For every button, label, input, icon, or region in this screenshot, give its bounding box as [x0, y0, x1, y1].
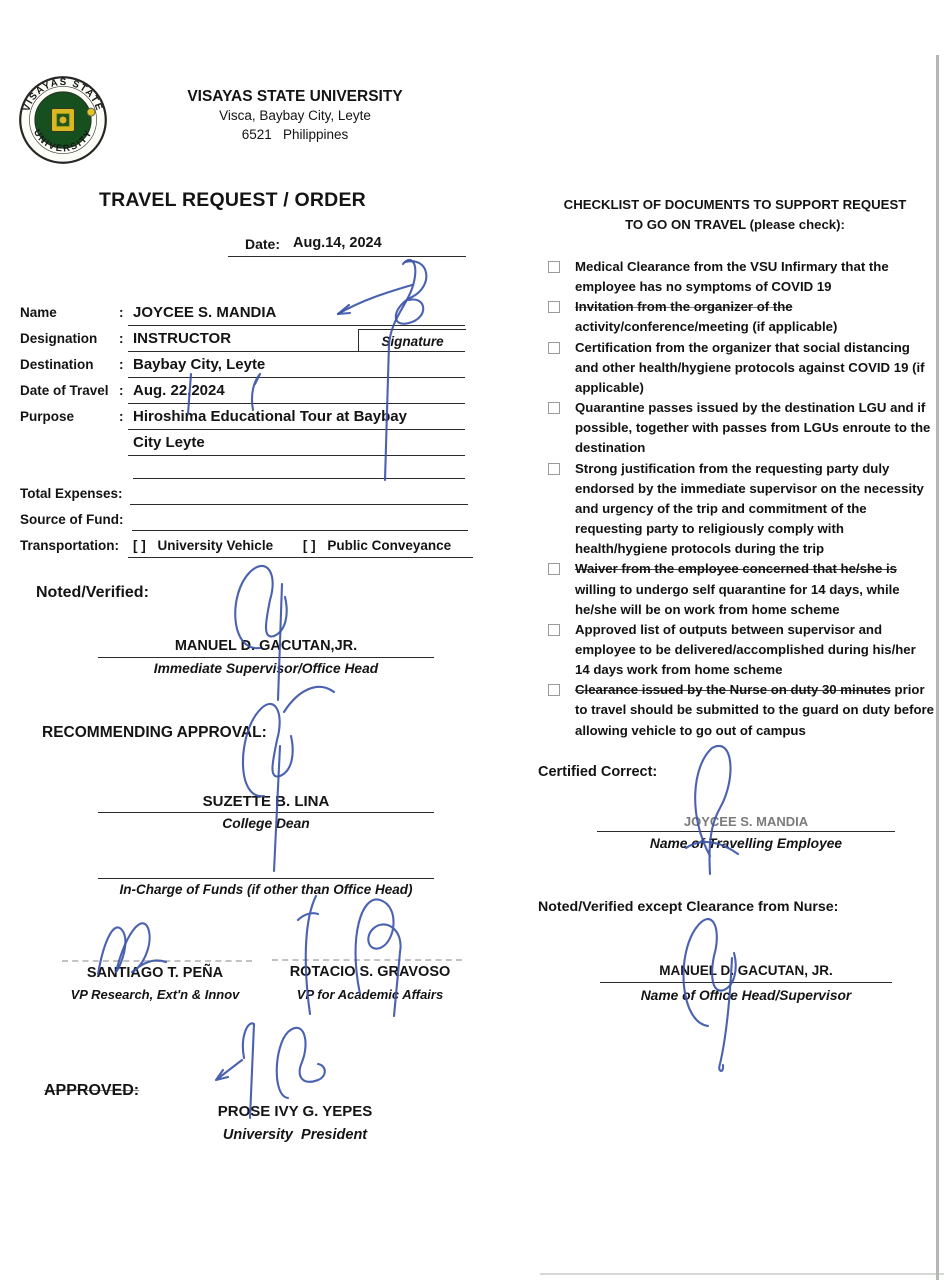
checklist-title-line1: CHECKLIST OF DOCUMENTS TO SUPPORT REQUES…: [535, 195, 935, 215]
travel-request-document: VISAYAS STATE UNIVERSITY VISAYAS STATE U…: [0, 0, 944, 1280]
transportation-label: Transportation:: [20, 538, 119, 553]
destination-label: Destination: [20, 357, 94, 372]
designation-label: Designation: [20, 331, 97, 346]
signature-dean: [222, 676, 342, 876]
vp1-title: VP Research, Ext'n & Innov: [40, 987, 270, 1002]
university-seal-graphic: VISAYAS STATE UNIVERSITY: [17, 74, 109, 166]
signature-certified-correct: [676, 738, 761, 878]
checkbox-icon: [548, 463, 560, 475]
source-of-fund-underline: [132, 530, 468, 531]
letterhead: VISAYAS STATE UNIVERSITY Visca, Baybay C…: [150, 88, 440, 142]
checklist-item-struck: Waiver from the employee concerned that …: [575, 561, 897, 576]
checklist-item-text: Quarantine passes issued by the destinat…: [575, 400, 930, 455]
university-vehicle-label: University Vehicle: [158, 538, 274, 553]
checklist-item: Clearance issued by the Nurse on duty 30…: [548, 680, 934, 740]
total-expenses-label: Total Expenses:: [20, 486, 123, 501]
checkbox-icon: [548, 261, 560, 273]
checkbox-icon: [548, 342, 560, 354]
checklist-title-line2: TO GO ON TRAVEL (please check):: [535, 215, 935, 235]
purpose-value-line2: City Leyte: [133, 434, 205, 451]
designation-value: INSTRUCTOR: [133, 330, 231, 347]
signature-president: [208, 1008, 343, 1123]
checklist-item-text: Strong justification from the requesting…: [575, 461, 924, 557]
signature-employee-top: [330, 252, 470, 487]
checklist-item-text: Certification from the organizer that so…: [575, 340, 925, 395]
checklist-item: Approved list of outputs between supervi…: [548, 620, 934, 680]
name-value: JOYCEE S. MANDIA: [133, 304, 276, 321]
signature-mark-travel-date: [180, 368, 275, 420]
travel-date-colon: :: [119, 383, 124, 398]
designation-colon: :: [119, 331, 124, 346]
public-conveyance-checkbox: [ ]: [303, 538, 316, 553]
signature-noted-except: [660, 898, 765, 1073]
checklist-item: Certification from the organizer that so…: [548, 338, 934, 398]
approved-label: APPROVED:: [44, 1082, 139, 1100]
scan-edge-line: [936, 55, 939, 1280]
public-conveyance-label: Public Conveyance: [327, 538, 451, 553]
date-label: Date:: [245, 236, 280, 252]
checklist-item: Waiver from the employee concerned that …: [548, 559, 934, 619]
checklist-item-struck: Clearance issued by the Nurse on duty 30…: [575, 682, 891, 697]
certified-correct-label: Certified Correct:: [538, 764, 657, 780]
purpose-label: Purpose: [20, 409, 74, 424]
checklist-title: CHECKLIST OF DOCUMENTS TO SUPPORT REQUES…: [535, 195, 935, 235]
university-seal: VISAYAS STATE UNIVERSITY: [17, 74, 109, 166]
destination-colon: :: [119, 357, 124, 372]
travel-date-label: Date of Travel: [20, 383, 109, 398]
name-label: Name: [20, 305, 57, 320]
checklist-item-struck: Invitation from the organizer of the: [575, 299, 793, 314]
signature-vp1: [92, 912, 177, 984]
checklist-item-text: willing to undergo self quarantine for 1…: [575, 582, 900, 617]
checklist-item: Medical Clearance from the VSU Infirmary…: [548, 257, 934, 297]
checkbox-icon: [548, 301, 560, 313]
checklist-item: Invitation from the organizer of the act…: [548, 297, 934, 337]
signature-vp2: [282, 886, 417, 1021]
scan-bottom-line: [540, 1273, 944, 1275]
funds-underline: [98, 878, 434, 879]
date-value: Aug.14, 2024: [293, 235, 382, 251]
noted-verified-label: Noted/Verified:: [36, 584, 149, 602]
source-of-fund-label: Source of Fund:: [20, 512, 124, 527]
checklist: Medical Clearance from the VSU Infirmary…: [548, 257, 934, 741]
university-postal: 6521 Philippines: [150, 127, 440, 142]
checkbox-icon: [548, 402, 560, 414]
total-expenses-underline: [130, 504, 468, 505]
university-address: Visca, Baybay City, Leyte: [150, 108, 440, 123]
president-title: University President: [175, 1127, 415, 1143]
checkbox-icon: [548, 684, 560, 696]
checklist-item-text: Approved list of outputs between supervi…: [575, 622, 916, 677]
university-vehicle-checkbox: [ ]: [133, 538, 146, 553]
transportation-options: [ ] University Vehicle [ ] Public Convey…: [133, 538, 451, 553]
checkbox-icon: [548, 624, 560, 636]
document-title: TRAVEL REQUEST / ORDER: [99, 189, 366, 212]
checklist-item: Strong justification from the requesting…: [548, 459, 934, 560]
purpose-colon: :: [119, 409, 124, 424]
name-colon: :: [119, 305, 124, 320]
university-name: VISAYAS STATE UNIVERSITY: [150, 88, 440, 106]
checklist-item-text: activity/conference/meeting (if applicab…: [575, 319, 837, 334]
checkbox-icon: [548, 563, 560, 575]
checklist-item: Quarantine passes issued by the destinat…: [548, 398, 934, 458]
checklist-item-text: Medical Clearance from the VSU Infirmary…: [575, 259, 889, 294]
